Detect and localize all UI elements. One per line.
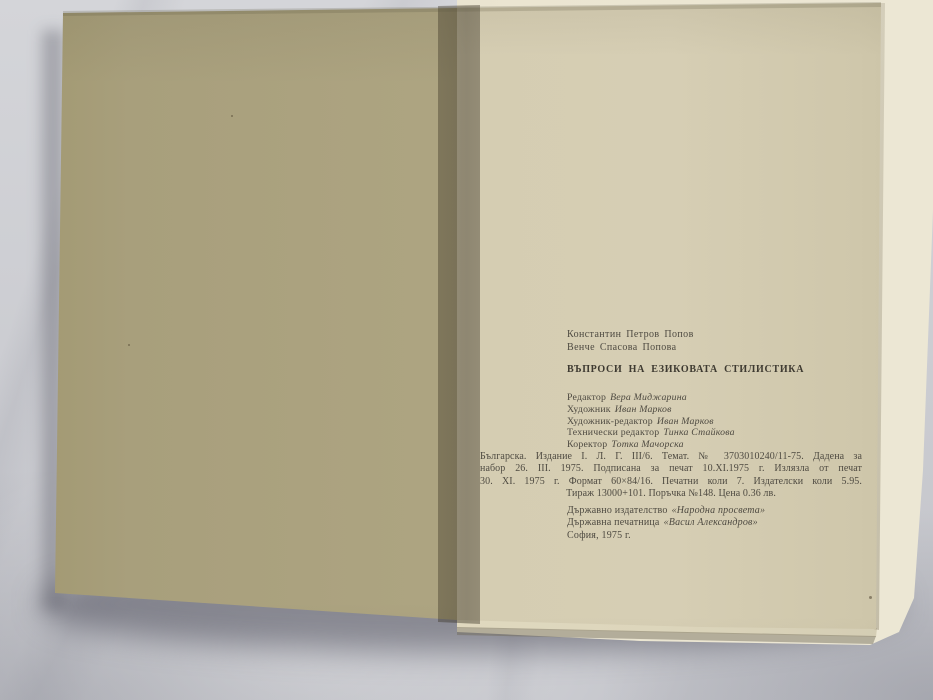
author-line: Константин Петров Попов (567, 328, 694, 341)
credit-role: Редактор (567, 392, 606, 403)
credit-name: Вера Миджарина (610, 392, 687, 403)
publisher-prefix: Държавно издателство (567, 505, 668, 516)
credits-block: РедакторВера Миджарина ХудожникИван Марк… (567, 392, 735, 451)
imprint-line: Тираж 13000+101. Поръчка №148. Цена 0.36… (480, 488, 862, 500)
credit-role: Художник-редактор (567, 416, 653, 427)
publisher-line: Държавно издателство«Народна просвета» (567, 505, 765, 517)
imprint-line: набор 26. III. 1975. Подписана за печат … (480, 463, 862, 475)
publisher-prefix: Държавна печатница (567, 517, 660, 528)
imprint-block: Българска. Издание I. Л. Г. III/6. Темат… (480, 451, 862, 500)
publisher-line: София, 1975 г. (567, 530, 765, 542)
credit-name: Тотка Мачорска (611, 439, 683, 450)
publisher-prefix: София, 1975 г. (567, 530, 631, 541)
credit-name: Иван Марков (657, 416, 714, 427)
credit-line: ХудожникИван Марков (567, 404, 735, 416)
publisher-name: «Народна просвета» (672, 505, 766, 516)
author-lines: Константин Петров Попов Венче Спасова По… (567, 328, 694, 354)
credit-line: РедакторВера Миджарина (567, 392, 735, 404)
publisher-block: Държавно издателство«Народна просвета» Д… (567, 505, 765, 542)
credit-role: Технически редактор (567, 427, 659, 438)
imprint-line: Българска. Издание I. Л. Г. III/6. Темат… (480, 451, 862, 463)
publisher-line: Държавна печатница«Васил Александров» (567, 517, 765, 529)
photo-of-open-book: Константин Петров Попов Венче Спасова По… (0, 0, 933, 700)
imprint-line: 30. XI. 1975 г. Формат 60×84/16. Печатни… (480, 476, 862, 488)
credit-name: Тинка Стайкова (663, 427, 734, 438)
credit-line: Художник-редакторИван Марков (567, 416, 735, 428)
colophon-text: Константин Петров Попов Венче Спасова По… (0, 0, 933, 700)
credit-line: Технически редакторТинка Стайкова (567, 427, 735, 439)
author-line: Венче Спасова Попова (567, 341, 694, 354)
credit-role: Коректор (567, 439, 607, 450)
book-title: ВЪПРОСИ НА ЕЗИКОВАТА СТИЛИСТИКА (567, 364, 804, 375)
credit-name: Иван Марков (615, 404, 672, 415)
publisher-name: «Васил Александров» (664, 517, 758, 528)
credit-line: КоректорТотка Мачорска (567, 439, 735, 451)
credit-role: Художник (567, 404, 611, 415)
